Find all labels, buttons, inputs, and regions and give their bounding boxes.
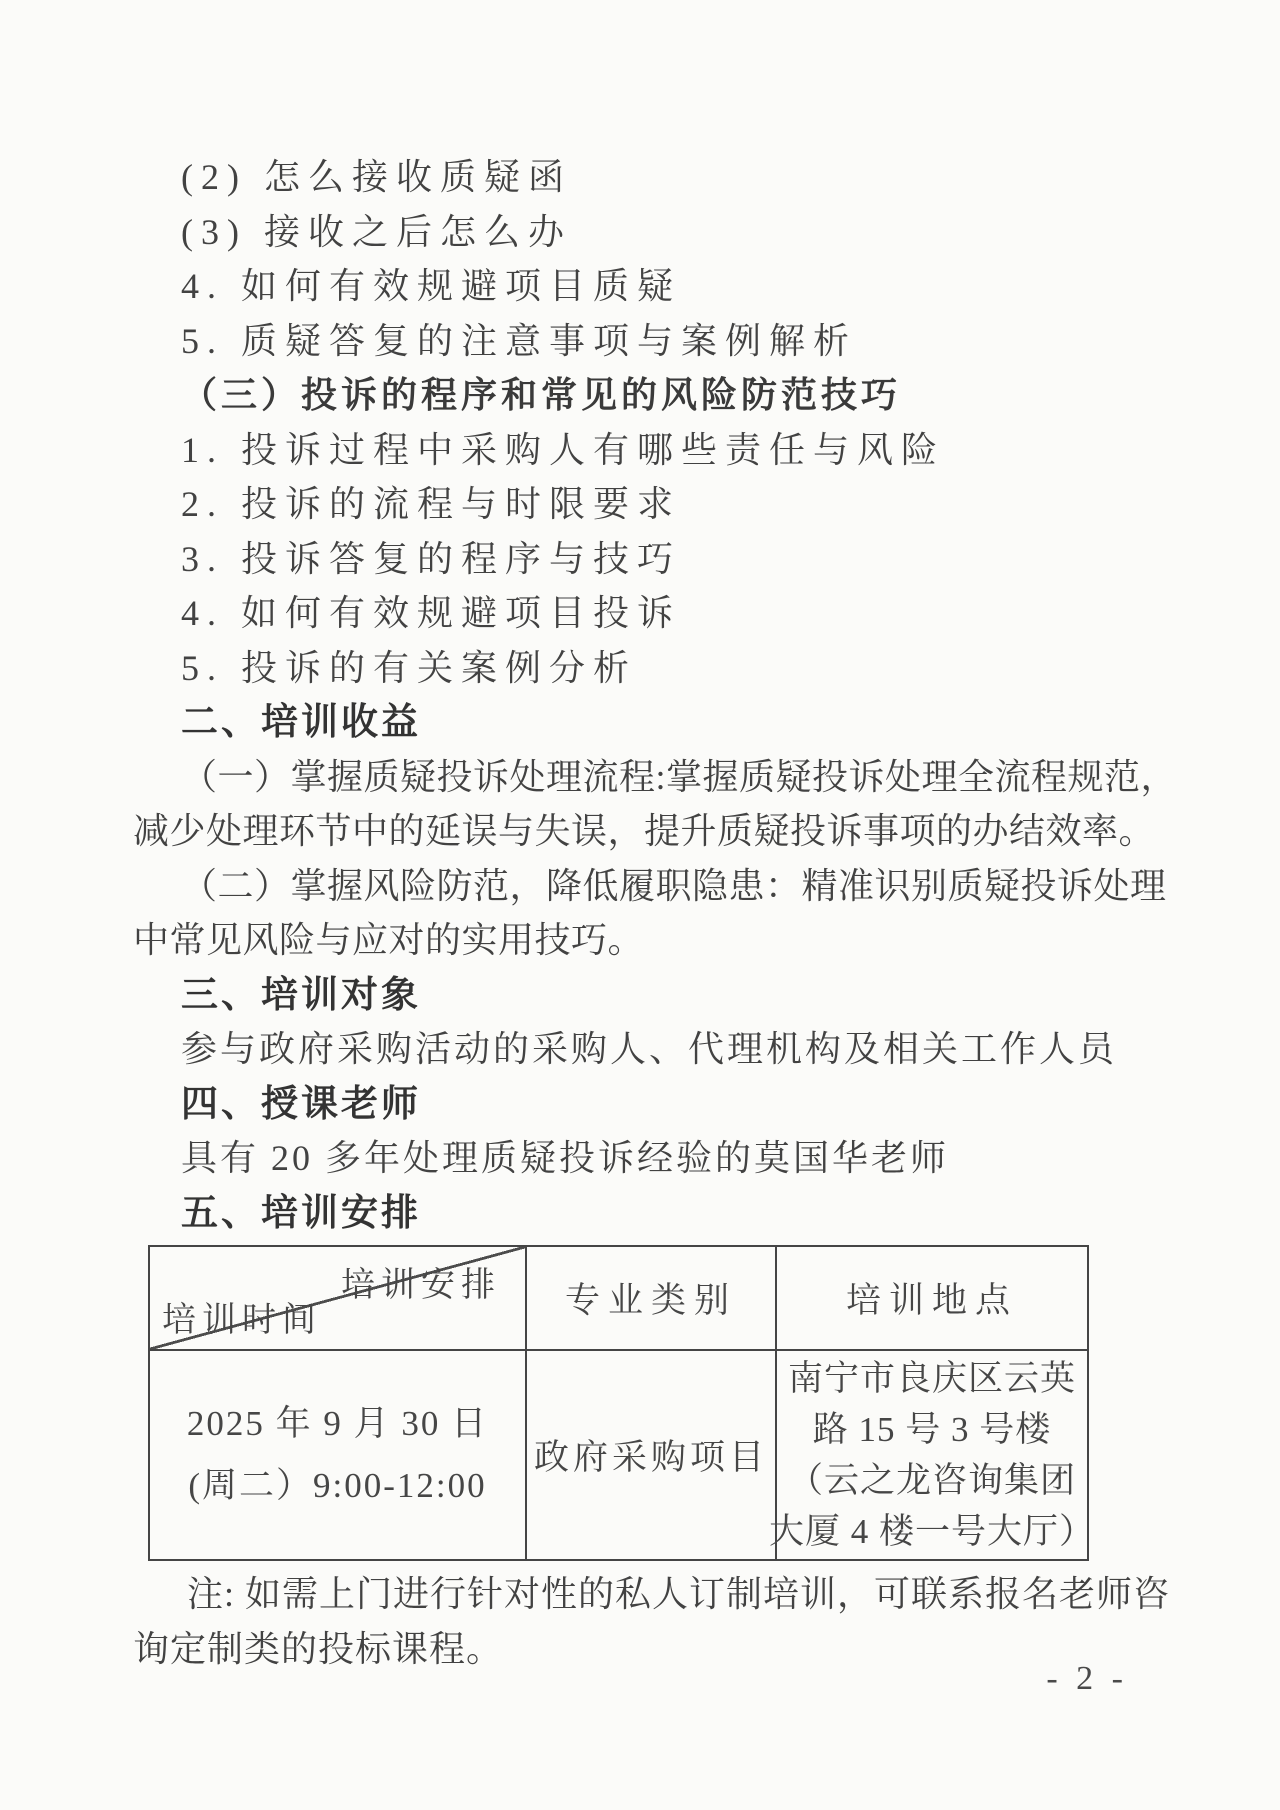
text-line: (3) 接收之后怎么办 [133,205,1150,260]
table-cell-category: 政府采购项目 [527,1351,777,1559]
text-line: 2. 投诉的流程与时限要求 [133,477,1150,532]
note-line: 注: 如需上门进行针对性的私人订制培训，可联系报名老师咨 [133,1567,1150,1622]
text-line: 减少处理环节中的延误与失误，提升质疑投诉事项的办结效率。 [133,804,1150,859]
time-line: (周二）9:00-12:00 [188,1455,486,1517]
diagonal-header-top-label: 培训安排 [341,1257,501,1306]
text-line: 4. 如何有效规避项目投诉 [133,586,1150,641]
time-line: 2025 年 9 月 30 日 [187,1393,488,1455]
text-line: 1. 投诉过程中采购人有哪些责任与风险 [133,423,1150,478]
text-line: 5. 投诉的有关案例分析 [133,641,1150,696]
location-line: 路 15 号 3 号楼 [813,1404,1052,1455]
text-line: 3. 投诉答复的程序与技巧 [133,532,1150,587]
document-body: (2) 怎么接收质疑函(3) 接收之后怎么办4. 如何有效规避项目质疑5. 质疑… [133,150,1150,1676]
diagonal-header-bottom-label: 培训时间 [162,1292,322,1341]
note-line: 询定制类的投标课程。 [133,1622,1150,1677]
location-line: 南宁市良庆区云英 [788,1353,1076,1404]
text-line: 四、授课老师 [133,1077,1150,1132]
table-header-category: 专业类别 [527,1247,777,1351]
text-line: 三、培训对象 [133,968,1150,1023]
page-number: - 2 - [1046,1660,1128,1698]
text-line: 4. 如何有效规避项目质疑 [133,259,1150,314]
text-line: 参与政府采购活动的采购人、代理机构及相关工作人员 [133,1022,1150,1077]
table-cell-location: 南宁市良庆区云英路 15 号 3 号楼（云之龙咨询集团大厦 4 楼一号大厅） [777,1351,1087,1559]
note-paragraph: 注: 如需上门进行针对性的私人订制培训，可联系报名老师咨询定制类的投标课程。 [133,1567,1150,1676]
location-line: 大厦 4 楼一号大厅） [769,1506,1095,1557]
scanned-document-page: (2) 怎么接收质疑函(3) 接收之后怎么办4. 如何有效规避项目质疑5. 质疑… [0,0,1280,1810]
text-line: （二）掌握风险防范，降低履职隐患：精准识别质疑投诉处理 [133,859,1150,914]
text-line: 二、培训收益 [133,695,1150,750]
text-line: (2) 怎么接收质疑函 [133,150,1150,205]
text-line: 5. 质疑答复的注意事项与案例解析 [133,314,1150,369]
table-diagonal-header-cell: 培训安排 培训时间 [150,1247,527,1351]
document-lines: (2) 怎么接收质疑函(3) 接收之后怎么办4. 如何有效规避项目质疑5. 质疑… [133,150,1150,1240]
table-header-location: 培训地点 [777,1247,1087,1351]
location-line: （云之龙咨询集团 [788,1455,1076,1506]
text-line: 五、培训安排 [133,1186,1150,1241]
text-line: （一）掌握质疑投诉处理流程:掌握质疑投诉处理全流程规范， [133,750,1150,805]
text-line: 具有 20 多年处理质疑投诉经验的莫国华老师 [133,1131,1150,1186]
text-line: 中常见风险与应对的实用技巧。 [133,913,1150,968]
table-cell-training-time: 2025 年 9 月 30 日(周二）9:00-12:00 [150,1351,527,1559]
training-schedule-table: 培训安排 培训时间 专业类别 培训地点 2025 年 9 月 30 日(周二）9… [148,1245,1089,1561]
text-line: （三）投诉的程序和常见的风险防范技巧 [133,368,1150,423]
